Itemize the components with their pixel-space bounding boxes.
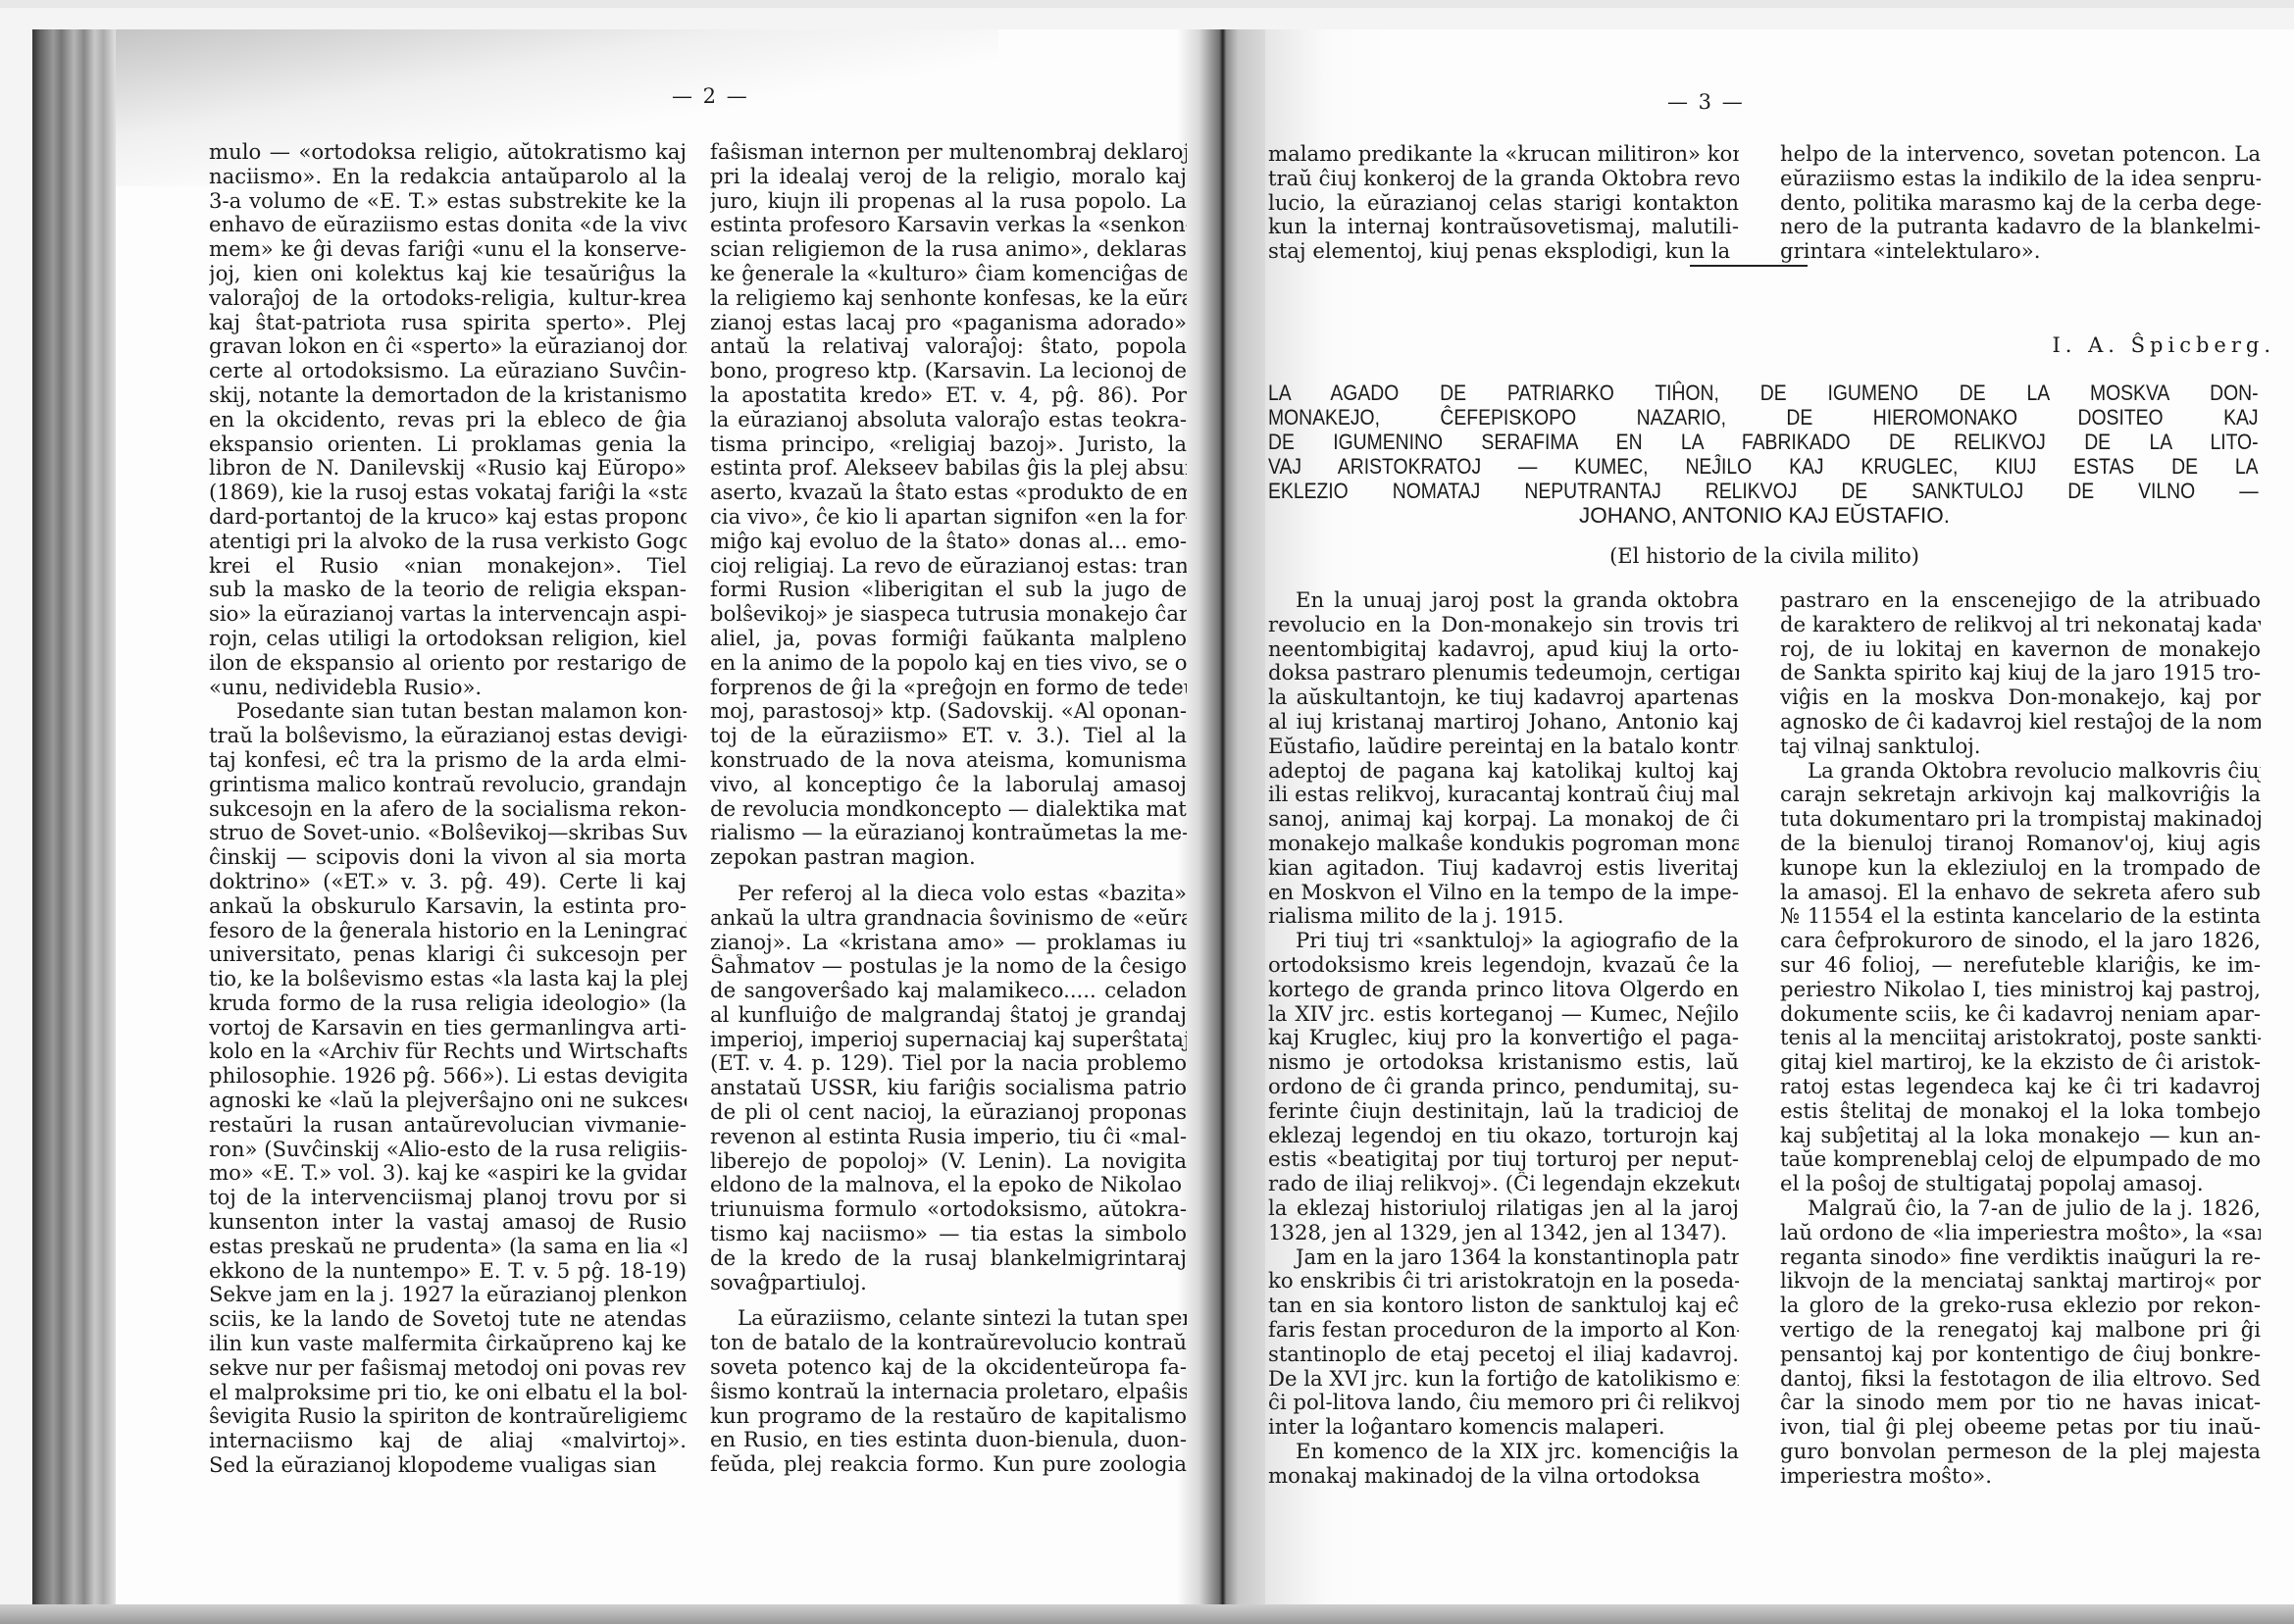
text-line: tuta dokumentaro pri la trompistaj makin… bbox=[1780, 807, 2261, 832]
text-line: ankaŭ la obskurulo Karsavin, la estinta … bbox=[209, 894, 687, 919]
text-line: restaŭri la rusan antaŭrevolucian vivman… bbox=[209, 1113, 687, 1138]
text-line: neentombigitaj kadavroj, apud kiuj la or… bbox=[1268, 637, 1739, 662]
text-line: sekve nur per faŝismaj metodoj oni povas… bbox=[209, 1356, 687, 1381]
text-line: mem» ke ĝi devas fariĝi «unu el la konse… bbox=[209, 237, 687, 262]
text-line: (1869), kie la rusoj estas vokataj fariĝ… bbox=[209, 481, 687, 505]
text-line: soveta potenco kaj de la okcidenteŭropa … bbox=[710, 1355, 1187, 1380]
text-line: Sekve jam en la j. 1927 la eŭrazianoj pl… bbox=[209, 1283, 687, 1307]
text-line: inter la loĝantaro komencis malaperi. bbox=[1268, 1415, 1739, 1440]
text-line: el la poŝoj de stultigataj popolaj amaso… bbox=[1780, 1172, 2261, 1196]
text-line: atentigi pri la alvoko de la rusa verkis… bbox=[209, 530, 687, 554]
text-line: skij, notante la demortadon de la krista… bbox=[209, 383, 687, 408]
text-line: rojn, celas utiligi la ortodoksan religi… bbox=[209, 627, 687, 651]
right-page-column-1: En la unuaj jaroj post la granda oktobra… bbox=[1268, 588, 1739, 1488]
text-line: gravan lokon en ĉi «sperto» la eŭraziano… bbox=[209, 334, 687, 359]
text-line: ankaŭ la ultra grandnacia ŝovinismo de «… bbox=[710, 906, 1187, 931]
text-line: malamo predikante la «krucan militiron» … bbox=[1268, 142, 1739, 167]
text-line: kaj ŝtat-patriota rusa spirita sperto». … bbox=[209, 311, 687, 335]
text-line: ke ĝenerale la «kulturo» ĉiam komenciĝas… bbox=[710, 262, 1187, 286]
text-line: Per referoj al la dieca volo estas «bazi… bbox=[710, 882, 1187, 906]
text-line: sub la masko de la teorio de religia eks… bbox=[209, 578, 687, 602]
text-line: viĝis en la moskva Don-monakejo, kaj por bbox=[1780, 685, 2261, 710]
text-line: ordono de ĉi granda princo, pendumitaj, … bbox=[1268, 1075, 1739, 1099]
text-line: kruda formo de la rusa religia ideologio… bbox=[209, 991, 687, 1016]
text-line: aserto, kvazaŭ la ŝtato estas «produkto … bbox=[710, 481, 1187, 505]
text-line: traŭ ĉiuj konkeroj de la granda Oktobra … bbox=[1268, 167, 1739, 191]
text-line: sur 46 folioj, — nerefuteble klariĝis, k… bbox=[1780, 953, 2261, 978]
text-line: scian religiemon de la rusa animo», dekl… bbox=[710, 237, 1187, 262]
text-line: mulo — «ortodoksa religio, aŭtokratismo … bbox=[209, 140, 687, 165]
text-line: kolo en la «Archiv für Rechts und Wirtsc… bbox=[209, 1040, 687, 1064]
text-line: sciis, ke la lando de Sovetoj tute ne at… bbox=[209, 1307, 687, 1332]
text-line: kun la internaj kontraŭsovetismaj, malut… bbox=[1268, 215, 1739, 239]
title-line: JOHANO, ANTONIO KAJ EŬSTAFIO. bbox=[1268, 503, 2261, 528]
text-line: dantoj, fiksi la festotagon de ilia eltr… bbox=[1780, 1367, 2261, 1392]
text-line: cia vivo», ĉe kio li apartan signifon «e… bbox=[710, 505, 1187, 530]
article-subtitle: (El historio de la civila milito) bbox=[1268, 544, 2261, 568]
text-line: krei el Rusio «nian monakejon». Tiel bbox=[209, 554, 687, 579]
text-line: zianoj estas lacaj pro «paganisma adorad… bbox=[710, 311, 1187, 335]
text-line: forprenos de ĝi la «preĝojn en formo de … bbox=[710, 676, 1187, 700]
text-line: vortoj de Karsavin en ties germanlingva … bbox=[209, 1016, 687, 1040]
text-line: En la unuaj jaroj post la granda oktobra bbox=[1268, 588, 1739, 613]
scan-bottom-border bbox=[0, 1604, 2294, 1624]
text-line: ferinte ĉiujn destinitajn, laŭ la tradic… bbox=[1268, 1099, 1739, 1124]
text-line: konstruado de la nova ateisma, komunisma bbox=[710, 748, 1187, 773]
section-divider bbox=[1690, 265, 1808, 267]
text-line: zepokan pastran magion. bbox=[710, 845, 1187, 870]
text-line: ili estas relikvoj, kuracantaj kontraŭ ĉ… bbox=[1268, 783, 1739, 807]
text-line: universitato, penas klarigi ĉi sukcesojn… bbox=[209, 942, 687, 967]
text-line: «unu, nedividebla Rusio». bbox=[209, 676, 687, 700]
text-line: ĉi pol-litova lando, ĉiu memoro pri ĉi r… bbox=[1268, 1391, 1739, 1415]
text-line: estis ŝtelitaj de monakoj el la loka tom… bbox=[1780, 1099, 2261, 1124]
text-line: dard-portantoj de la kruco» kaj estas pr… bbox=[209, 505, 687, 530]
right-page-column-2: pastraro en la enscenejigo de la atribua… bbox=[1780, 588, 2261, 1488]
text-line: La granda Oktobra revolucio malkovris ĉi… bbox=[1780, 759, 2261, 784]
text-line: estinta prof. Alekseev babilas ĝis la pl… bbox=[710, 456, 1187, 481]
text-line: Posedante sian tutan bestan malamon kon- bbox=[209, 699, 687, 724]
text-line: ekspansio orienten. Li proklamas genia l… bbox=[209, 432, 687, 457]
text-line: eldono de la malnova, el la epoko de Nik… bbox=[710, 1173, 1187, 1197]
text-line: (ET. v. 4. p. 129). Tiel por la nacia pr… bbox=[710, 1051, 1187, 1076]
text-line: libron de N. Danilevskij «Rusio kaj Eŭro… bbox=[209, 456, 687, 481]
text-line: struo de Sovet-unio. «Bolŝevikoj—skribas… bbox=[209, 821, 687, 845]
text-line: en Rusio, en ties estinta duon-bienula, … bbox=[710, 1428, 1187, 1452]
text-line: sukcesojn en la afero de la socialisma r… bbox=[209, 797, 687, 822]
text-line: imperioj, imperioj supernaciaj kaj super… bbox=[710, 1028, 1187, 1052]
text-line: laŭ ordono de «lia imperiestra moŝto», l… bbox=[1780, 1221, 2261, 1245]
title-line: LA AGADO DE PATRIARKO TIĤON, DE IGUMENO … bbox=[1268, 381, 2259, 405]
text-line: La eŭraziismo, celante sintezi la tutan … bbox=[710, 1306, 1187, 1331]
text-line: toj de la eŭraziismo» ET. v. 3.). Tiel a… bbox=[710, 724, 1187, 748]
text-line: de pli ol cent nacioj, la eŭrazianoj pro… bbox=[710, 1100, 1187, 1125]
text-line: rialismo — la eŭrazianoj kontraŭmetas la… bbox=[710, 821, 1187, 845]
text-line: cara ĉefprokuroro de sinodo, el la jaro … bbox=[1780, 929, 2261, 953]
text-line: formi Rusion «liberigitan el sub la jugo… bbox=[710, 578, 1187, 602]
text-line: eŭraziismo estas la indikilo de la idea … bbox=[1780, 167, 2261, 191]
text-line: ron» (Suvĉinskij «Alio-esto de la rusa r… bbox=[209, 1138, 687, 1162]
text-line: la aŭskultantojn, ke tiuj kadavroj apart… bbox=[1268, 685, 1739, 710]
text-line: mo» «E. T.» vol. 3). kaj ke «aspiri ke l… bbox=[209, 1161, 687, 1186]
text-line: ekkono de la nuntempo» E. T. v. 5 pĝ. 18… bbox=[209, 1259, 687, 1284]
text-line: taŭe kompreneblaj celoj de elpumpado de … bbox=[1780, 1147, 2261, 1172]
title-line: MONAKEJO, ĈEFEPISKOPO NAZARIO, DE HIEROM… bbox=[1268, 405, 2259, 430]
text-line: enhavo de eŭraziismo estas donita «de la… bbox=[209, 213, 687, 237]
text-line: kunope kun la ekleziuloj en la trompado … bbox=[1780, 856, 2261, 881]
text-line: valoraĵoj de la ortodoks-religia, kultur… bbox=[209, 286, 687, 311]
text-line: estis «beatigitaj por tiuj torturoj per … bbox=[1268, 1147, 1739, 1172]
text-line: de karaktero de relikvoj al tri nekonata… bbox=[1780, 613, 2261, 637]
text-line: ŝismo kontraŭ la internacia proletaro, e… bbox=[710, 1380, 1187, 1404]
text-line: certe al ortodoksismo. La eŭraziano Suvĉ… bbox=[209, 359, 687, 383]
left-page-column-2: faŝisman internon per multenombraj dekla… bbox=[710, 140, 1187, 1477]
text-line: tenis al la menciitaj aristokratoj, post… bbox=[1780, 1026, 2261, 1050]
text-line: liberejo de popoloj» (V. Lenin). La novi… bbox=[710, 1149, 1187, 1174]
text-line: naciismo». En la redakcia antaŭparolo al… bbox=[209, 165, 687, 189]
text-line: nismo je ortodoksa kristanismo estis, la… bbox=[1268, 1050, 1739, 1075]
text-line: eklezaj legendoj en tiu okazo, torturojn… bbox=[1268, 1124, 1739, 1148]
text-line: de sangoverŝado kaj malamikeco..... cela… bbox=[710, 979, 1187, 1003]
text-line: tan en sia kontoro liston de sanktuloj k… bbox=[1268, 1294, 1739, 1318]
text-line: antaŭ la relativaj valoraĵoj: ŝtato, pop… bbox=[710, 334, 1187, 359]
text-line: agnosko de ĉi kadavroj kiel restaĵoj de … bbox=[1780, 710, 2261, 735]
text-line: kunsenton inter la vastaj amasoj de Rusi… bbox=[209, 1210, 687, 1235]
text-line: stantinoplo de etaj pecetoj el iliaj kad… bbox=[1268, 1343, 1739, 1367]
text-line: likvojn de la menciataj sanktaj martiroj… bbox=[1780, 1269, 2261, 1294]
text-line: tismo kaj naciismo» — tia estas la simbo… bbox=[710, 1222, 1187, 1246]
text-line: bolŝevikoj» je siaspeca tutrusia monakej… bbox=[710, 602, 1187, 627]
text-line: aliel, ja, povas formiĝi faŭkanta malple… bbox=[710, 627, 1187, 651]
text-line: rado de iliaj relikvoj». (Ĉi legendajn e… bbox=[1268, 1172, 1739, 1196]
text-line: ŝevigita Rusio la spiriton de kontraŭrel… bbox=[209, 1404, 687, 1429]
text-line: kaj Kruglec, kiuj pro la konvertiĝo el p… bbox=[1268, 1026, 1739, 1050]
text-line: monakaj makinadoj de la vilna ortodoksa bbox=[1268, 1464, 1739, 1489]
text-line: guro bonvolan permeson de la plej majest… bbox=[1780, 1440, 2261, 1464]
book-gutter bbox=[1177, 29, 1265, 1624]
text-line: de Sankta spirito kaj kiuj de la jaro 19… bbox=[1780, 661, 2261, 685]
text-line: sanoj, animaj kaj korpaj. La monakoj de … bbox=[1268, 807, 1739, 832]
text-line: 1328, jen al 1329, jen al 1342, jen al 1… bbox=[1268, 1221, 1739, 1245]
text-line: ivon, tial ĝi plej obeeme petas por tiu … bbox=[1780, 1415, 2261, 1440]
text-line: la eklezaj historiuloj rilatigas jen al … bbox=[1268, 1196, 1739, 1221]
text-line: Eŭstafio, laŭdire pereintaj en la batalo… bbox=[1268, 735, 1739, 759]
text-line: fesoro de la ĝenerala historio en la Len… bbox=[209, 919, 687, 943]
text-line: en la animo de la popolo kaj en ties viv… bbox=[710, 651, 1187, 676]
text-line: En komenco de la XIX jrc. komenciĝis la bbox=[1268, 1440, 1739, 1464]
text-line: doktrino» («ET.» v. 3. pĝ. 49). Certe li… bbox=[209, 870, 687, 894]
text-line: anstataŭ USSR, kiu fariĝis socialisma pa… bbox=[710, 1076, 1187, 1100]
text-line: carajn sekretajn arkivojn kaj malkovriĝi… bbox=[1780, 783, 2261, 807]
text-line: ko enskribis ĉi tri aristokratojn en la … bbox=[1268, 1269, 1739, 1294]
text-line: kian agitadon. Tiuj kadavroj estis liver… bbox=[1268, 856, 1739, 881]
right-page-column-2-continuation: helpo de la intervenco, sovetan potencon… bbox=[1780, 142, 2261, 264]
text-line: sio» la eŭrazianoj vartas la intervencaj… bbox=[209, 602, 687, 627]
text-line: revolucio en la Don-monakejo sin trovis … bbox=[1268, 613, 1739, 637]
text-line: la apostatita kredo» ET. v. 4, pĝ. 86). … bbox=[710, 383, 1187, 408]
text-line: Ŝaĥmatov — postulas je la nomo de la ĉes… bbox=[710, 954, 1187, 979]
text-line: helpo de la intervenco, sovetan potencon… bbox=[1780, 142, 2261, 167]
text-line: rialisma milito de la j. 1915. bbox=[1268, 904, 1739, 929]
text-line: ton de batalo de la kontraŭrevolucio kon… bbox=[710, 1331, 1187, 1355]
text-line: faris festan proceduron de la importo al… bbox=[1268, 1318, 1739, 1343]
text-line: la eŭrazianoj absoluta valoraĵo estas te… bbox=[710, 408, 1187, 432]
text-line: el malproksime pri tio, ke oni elbatu el… bbox=[209, 1381, 687, 1405]
text-line: kaj subĵetitaj al la loka monakejo — kun… bbox=[1780, 1124, 2261, 1148]
text-line: miĝo kaj evoluo de la ŝtato» donas al...… bbox=[710, 530, 1187, 554]
text-line: feŭda, plej reakcia formo. Kun pure zool… bbox=[710, 1452, 1187, 1477]
text-line: de la kredo de la rusaj blankelmigrintar… bbox=[710, 1246, 1187, 1271]
text-line: De la XVI jrc. kun la fortiĝo de katolik… bbox=[1268, 1367, 1739, 1392]
text-line: ortodoksismo kreis legendojn, kvazaŭ ĉe … bbox=[1268, 953, 1739, 978]
left-page-column-1: mulo — «ortodoksa religio, aŭtokratismo … bbox=[209, 140, 687, 1478]
text-line: ĉar la sinodo mem por tio ne havas inica… bbox=[1780, 1391, 2261, 1415]
text-line: joj, kien oni kolektus kaj kie tesaŭriĝu… bbox=[209, 262, 687, 286]
book-page-edges bbox=[32, 29, 116, 1624]
text-line: cioj religiaj. La revo de eŭrazianoj est… bbox=[710, 554, 1187, 579]
text-line: Malgraŭ ĉio, la 7-an de julio de la j. 1… bbox=[1780, 1196, 2261, 1221]
title-line: DE IGUMENINO SERAFIMA EN LA FABRIKADO DE… bbox=[1268, 430, 2259, 454]
text-line: la XIV jrc. estis korteganoj — Kumec, Ne… bbox=[1268, 1002, 1739, 1027]
scan-top-border bbox=[0, 0, 2294, 8]
text-line: staj elementoj, kiuj penas eksplodigi, k… bbox=[1268, 239, 1739, 264]
text-line: dento, politika marasmo kaj de la cerba … bbox=[1780, 191, 2261, 216]
text-line: ratoj estas legendeca kaj ke ĉi tri kada… bbox=[1780, 1075, 2261, 1099]
text-line: en Moskvon el Vilno en la tempo de la im… bbox=[1268, 881, 1739, 905]
text-line: periestro Nikolao I, ties ministroj kaj … bbox=[1780, 978, 2261, 1002]
text-line: taj vilnaj sanktuloj. bbox=[1780, 735, 2261, 759]
text-line: moj, parastosoj» ktp. (Sadovskij. «Al op… bbox=[710, 699, 1187, 724]
text-line: sovaĝpartiuloj. bbox=[710, 1271, 1187, 1295]
text-line: juro, kiujn ili propenas al la rusa popo… bbox=[710, 189, 1187, 214]
text-line: triunuisma formulo «ortodoksismo, aŭtokr… bbox=[710, 1197, 1187, 1222]
text-line: Jam en la jaro 1364 la konstantinopla pa… bbox=[1268, 1245, 1739, 1270]
article-title: LA AGADO DE PATRIARKO TIĤON, DE IGUMENO … bbox=[1268, 381, 2261, 528]
text-line: revenon al estinta Rusia imperio, tiu ĉi… bbox=[710, 1125, 1187, 1149]
text-line: pri la idealaj veroj de la religio, mora… bbox=[710, 165, 1187, 189]
text-line: al iuj kristanaj martiroj Johano, Antoni… bbox=[1268, 710, 1739, 735]
text-line: agnoski ke «laŭ la plejverŝajno oni ne s… bbox=[209, 1089, 687, 1113]
text-line: grintara «intelektularo». bbox=[1780, 239, 2261, 264]
text-line: philosophie. 1926 pĝ. 566»). Li estas de… bbox=[209, 1064, 687, 1089]
text-line: kortego de granda princo litova Olgerdo … bbox=[1268, 978, 1739, 1002]
text-line: toj de la intervenciismaj planoj trovu p… bbox=[209, 1186, 687, 1210]
text-line: lucio, la eŭrazianoj celas starigi konta… bbox=[1268, 191, 1739, 216]
text-line: la amasoj. El la enhavo de sekreta afero… bbox=[1780, 881, 2261, 905]
text-line: kun programo de la restaŭro de kapitalis… bbox=[710, 1404, 1187, 1429]
text-line: en la okcidento, revas pri la ebleco de … bbox=[209, 408, 687, 432]
text-line: 3-a volumo de «E. T.» estas substrekite … bbox=[209, 189, 687, 214]
text-line: pastraro en la enscenejigo de la atribua… bbox=[1780, 588, 2261, 613]
text-line: estas preskaŭ ne prudenta» (la sama en l… bbox=[209, 1235, 687, 1259]
text-line: Pri tiuj tri «sanktuloj» la agiografio d… bbox=[1268, 929, 1739, 953]
page-number-left: — 2 — bbox=[672, 84, 749, 108]
text-line: ĉinskij — scipovis doni la vivon al sia … bbox=[209, 845, 687, 870]
text-line: la gloro de la greko-rusa eklezio por re… bbox=[1780, 1294, 2261, 1318]
text-line: taj konfesi, eĉ tra la prismo de la arda… bbox=[209, 748, 687, 773]
text-line: la religiemo kaj senhonte konfesas, ke l… bbox=[710, 286, 1187, 311]
text-line: ilon de ekspansio al oriento por restari… bbox=[209, 651, 687, 676]
text-line: № 11554 el la estinta kancelario de la e… bbox=[1780, 904, 2261, 929]
text-line: pensantoj kaj por kontentigo de ĉiuj bon… bbox=[1780, 1343, 2261, 1367]
text-line: de revolucia mondkoncepto — dialektika m… bbox=[710, 797, 1187, 822]
text-line: faŝisman internon per multenombraj dekla… bbox=[710, 140, 1187, 165]
text-line: vivo, al konceptigo ĉe la laborulaj amas… bbox=[710, 773, 1187, 797]
text-line: nero de la putranta kadavro de la blanke… bbox=[1780, 215, 2261, 239]
text-line: roj, de iu lokitaj en kavernon de monake… bbox=[1780, 637, 2261, 662]
text-line: dokumente sciis, ke ĉi kadavroj neniam a… bbox=[1780, 1002, 2261, 1027]
page-number-right: — 3 — bbox=[1667, 90, 1745, 114]
text-line: reganta sinodo» fine verdiktis inaŭguri … bbox=[1780, 1245, 2261, 1270]
text-line: grintisma malico kontraŭ revolucio, gran… bbox=[209, 773, 687, 797]
text-line: traŭ la bolŝevismo, la eŭrazianoj estas … bbox=[209, 724, 687, 748]
right-page-column-1-continuation: malamo predikante la «krucan militiron» … bbox=[1268, 142, 1739, 264]
text-line: ilin kun vaste malfermita ĉirkaŭpreno ka… bbox=[209, 1332, 687, 1356]
title-line: VAJ ARISTOKRATOJ — KUMEC, NEĴILO KAJ KRU… bbox=[1268, 454, 2259, 479]
text-line: Sed la eŭrazianoj klopodeme vualigas sia… bbox=[209, 1453, 687, 1478]
text-line: estinta profesoro Karsavin verkas la «se… bbox=[710, 213, 1187, 237]
text-line: de la bienuloj tiranoj Romanov'oj, kiuj … bbox=[1780, 832, 2261, 856]
text-line: imperiestra moŝto». bbox=[1780, 1464, 2261, 1489]
text-line: gitaj kiel martiroj, ke la ekzisto de ĉi… bbox=[1780, 1050, 2261, 1075]
text-line: tisma principo, «religiaj bazoj». Jurist… bbox=[710, 432, 1187, 457]
text-line: tio, ke la bolŝevismo estas «la lasta ka… bbox=[209, 967, 687, 991]
title-line: EKLEZIO NOMATAJ NEPUTRANTAJ RELIKVOJ DE … bbox=[1268, 479, 2259, 503]
text-line: bono, progreso ktp. (Karsavin. La lecion… bbox=[710, 359, 1187, 383]
text-line: doksa pastraro plenumis tedeumojn, certi… bbox=[1268, 661, 1739, 685]
text-line: al kunfluiĝo de malgrandaj ŝtatoj je gra… bbox=[710, 1003, 1187, 1028]
text-line: internaciismo kaj de aliaj «malvirtoj». bbox=[209, 1429, 687, 1453]
text-line: zianoj». La «kristana amo» — proklamas i… bbox=[710, 931, 1187, 955]
article-author: I. A. Ŝpicberg. bbox=[1912, 333, 2275, 357]
text-line: adeptoj de pagana kaj katolikaj kultoj k… bbox=[1268, 759, 1739, 784]
text-line: vertigo de la renegatoj kaj malbone pri … bbox=[1780, 1318, 2261, 1343]
text-line: monakejo malkaŝe kondukis pogroman monar… bbox=[1268, 832, 1739, 856]
